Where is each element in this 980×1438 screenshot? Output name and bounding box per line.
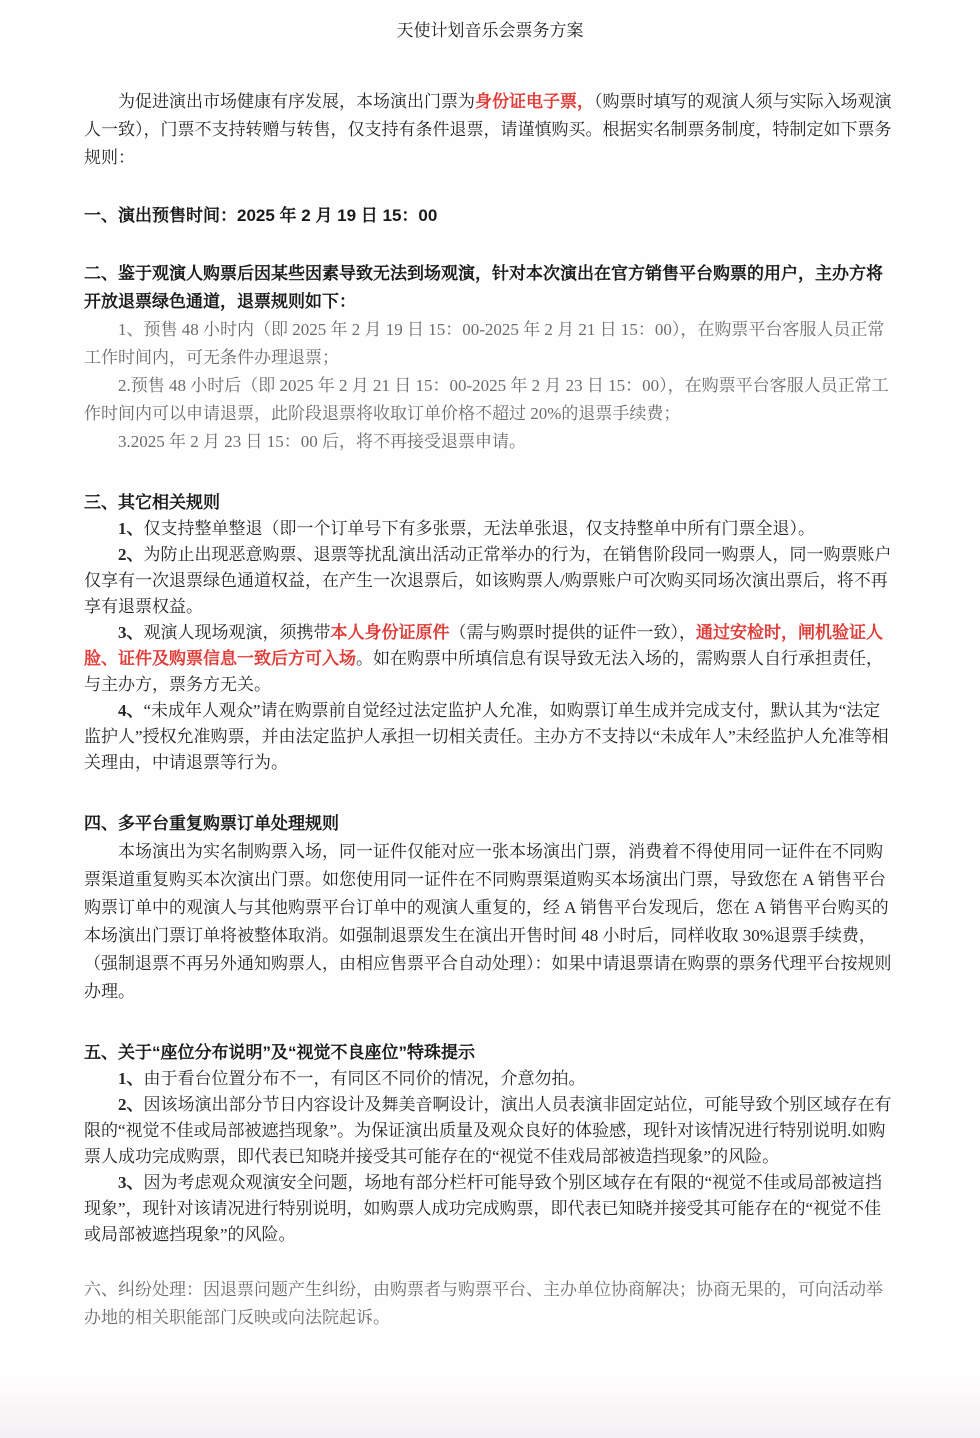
refund-rule-item-2: 2.预售 48 小时后（即 2025 年 2 月 21 日 15：00-2025… [84,372,896,428]
item-text: “未成年人观众”请在购票前自觉经过法定监护人允准，如购票订单生成并完成支付，默认… [84,701,889,772]
item-number: 3、 [118,1173,144,1192]
seat-notice-item-1: 1、由于看台位置分布不一，有同区不同价的情况，介意勿拍。 [84,1066,896,1092]
item-number: 1、 [118,1069,144,1088]
other-rule-item-1: 1、仅支持整单整退（即一个订单号下有多张票，无法单张退，仅支持整单中所有门票全退… [84,516,896,542]
item-number: 2、 [118,1095,144,1114]
other-rule-item-3: 3、观演人现场观演，须携带本人身份证原件（需与购票时提供的证件一致），通过安检时… [84,620,896,698]
ticket-policy-document: 天使计划音乐会票务方案 为促进演出市场健康有序发展，本场演出门票为身份证电子票，… [0,0,980,1438]
item-text: 为防止出现恶意购票、退票等扰乱演出活动正常举办的行为，在销售阶段同一购票人，同一… [84,545,892,616]
seat-notice-item-3: 3、因为考虑观众观演安全问题，场地有部分栏杆可能导致个别区域存在有限的“视觉不佳… [84,1170,896,1248]
intro-red-highlight: 身份证电子票， [475,92,594,111]
item-number: 1、 [118,519,144,538]
section-5-heading: 五、关于“座位分布说明”及“视觉不良座位”特珠提示 [84,1040,896,1066]
bottom-fade-overlay [0,1374,980,1438]
item-text: 仅支持整单整退（即一个订单号下有多张票，无法单张退，仅支持整单中所有门票全退）。 [144,519,816,538]
section-duplicate-orders: 四、多平台重复购票订单处理规则 本场演出为实名制购票入场，同一证件仅能对应一张本… [84,810,896,1006]
document-title: 天使计划音乐会票务方案 [84,18,896,44]
section-2-heading: 二、鉴于观演人购票后因某些因素导致无法到场观演，针对本次演出在官方销售平台购票的… [84,260,896,316]
item-text: 由于看台位置分布不一，有同区不同价的情况，介意勿拍。 [144,1069,586,1088]
item-number: 4、 [118,701,144,720]
section-3-heading: 三、其它相关规则 [84,490,896,516]
other-rule-item-2: 2、为防止出现恶意购票、退票等扰乱演出活动正常举办的行为，在销售阶段同一购票人，… [84,542,896,620]
item-text: 观演人现场观演，须携带 [144,623,331,642]
section-dispute-resolution: 六、纠纷处理：因退票问题产生纠纷，由购票者与购票平台、主办单位协商解决；协商无果… [84,1276,896,1332]
section-1-heading: 一、演出预售时间：2025 年 2 月 19 日 15：00 [84,202,896,230]
id-card-red-highlight: 本人身份证原件 [331,623,450,642]
seat-notice-item-2: 2、因该场演出部分节日内容设计及舞美音啊设计，演出人员表演非固定站位，可能导致个… [84,1092,896,1170]
duplicate-orders-paragraph: 本场演出为实名制购票入场，同一证件仅能对应一张本场演出门票，消费着不得使用同一证… [84,838,896,1006]
item-text: 因该场演出部分节日内容设计及舞美音啊设计，演出人员表演非固定站位，可能导致个别区… [84,1095,892,1166]
refund-rule-item-1: 1、预售 48 小时内（即 2025 年 2 月 19 日 15：00-2025… [84,316,896,372]
other-rule-item-4: 4、“未成年人观众”请在购票前自觉经过法定监护人允准，如购票订单生成并完成支付，… [84,698,896,776]
item-text: （需与购票时提供的证件一致）， [450,623,697,642]
item-number: 2、 [118,545,144,564]
intro-paragraph: 为促进演出市场健康有序发展，本场演出门票为身份证电子票，（购票时填写的观演人须与… [84,88,896,172]
section-seat-notice: 五、关于“座位分布说明”及“视觉不良座位”特珠提示 1、由于看台位置分布不一，有… [84,1040,896,1248]
refund-rule-item-3: 3.2025 年 2 月 23 日 15：00 后，将不再接受退票申请。 [84,428,896,456]
section-4-heading: 四、多平台重复购票订单处理规则 [84,810,896,838]
item-number: 3、 [118,623,144,642]
section-presale-time: 一、演出预售时间：2025 年 2 月 19 日 15：00 [84,202,896,230]
section-refund-channel: 二、鉴于观演人购票后因某些因素导致无法到场观演，针对本次演出在官方销售平台购票的… [84,260,896,456]
intro-text-before: 为促进演出市场健康有序发展，本场演出门票为 [118,92,475,111]
dispute-resolution-paragraph: 六、纠纷处理：因退票问题产生纠纷，由购票者与购票平台、主办单位协商解决；协商无果… [84,1276,896,1332]
item-text: 因为考虑观众观演安全问题，场地有部分栏杆可能导致个别区域存在有限的“视觉不佳或局… [84,1173,882,1244]
section-other-rules: 三、其它相关规则 1、仅支持整单整退（即一个订单号下有多张票，无法单张退，仅支持… [84,490,896,776]
